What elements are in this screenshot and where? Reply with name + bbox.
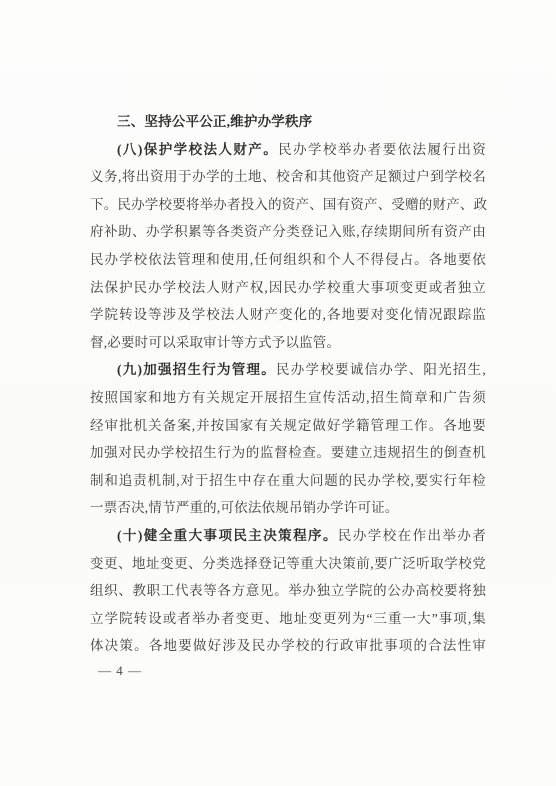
text-line: 下。民办学校要将举办者投入的资产、国有资产、受赠的财产、政 xyxy=(90,191,486,219)
paragraph-lead-bold: (九)加强招生行为管理。 xyxy=(117,362,276,377)
text-line: 变更、地址变更、分类选择登记等重大决策前,要广泛听取学校党 xyxy=(90,550,486,578)
paragraph-text: 经审批机关备案,并按国家有关规定做好学籍管理工作。各地要 xyxy=(90,418,486,433)
text-line: 制和追责机制,对于招生中存在重大问题的民办学校,要实行年检 xyxy=(90,467,486,495)
paragraph-text: 体决策。各地要做好涉及民办学校的行政审批事项的合法性审 xyxy=(90,638,486,653)
paragraph-text: 组织、教职工代表等各方意见。举办独立学院的公办高校要将独 xyxy=(90,583,486,598)
paragraph-text: 义务,将出资用于办学的土地、校舍和其他资产足额过户到学校名 xyxy=(90,169,486,184)
paragraph-text: 民办学校在作出举办者 xyxy=(338,528,486,543)
paragraph-text: 制和追责机制,对于招生中存在重大问题的民办学校,要实行年检 xyxy=(90,473,486,488)
text-line: 学院转设等涉及学校法人财产变化的,各地要对变化情况跟踪监 xyxy=(90,301,486,329)
text-line: 体决策。各地要做好涉及民办学校的行政审批事项的合法性审 xyxy=(90,632,486,660)
paragraph-text: 民办学校要诚信办学、阳光招生, xyxy=(276,362,486,377)
paragraph-lead-bold: (十)健全重大事项民主决策程序。 xyxy=(117,528,338,543)
text-line: (十)健全重大事项民主决策程序。民办学校在作出举办者 xyxy=(90,522,486,550)
text-line: (八)保护学校法人财产。民办学校举办者要依法履行出资 xyxy=(90,136,486,164)
document-page: 三、坚持公平公正,维护办学秩序 (八)保护学校法人财产。民办学校举办者要依法履行… xyxy=(0,0,556,786)
paragraph-text: 督,必要时可以采取审计等方式予以监管。 xyxy=(90,335,340,350)
paragraph-text: 变更、地址变更、分类选择登记等重大决策前,要广泛听取学校党 xyxy=(90,556,486,571)
text-line: 义务,将出资用于办学的土地、校舍和其他资产足额过户到学校名 xyxy=(90,163,486,191)
paragraph-text: 一票否决,情节严重的,可依法依规吊销办学许可证。 xyxy=(90,500,399,515)
text-line: 组织、教职工代表等各方意见。举办独立学院的公办高校要将独 xyxy=(90,577,486,605)
text-line: (九)加强招生行为管理。民办学校要诚信办学、阳光招生, xyxy=(90,356,486,384)
text-line: 加强对民办学校招生行为的监督检查。要建立违规招生的倒查机 xyxy=(90,439,486,467)
section-heading: 三、坚持公平公正,维护办学秩序 xyxy=(90,108,486,136)
text-line: 按照国家和地方有关规定开展招生宣传活动,招生简章和广告须 xyxy=(90,384,486,412)
page-number: — 4 — xyxy=(90,657,486,685)
text-line: 民办学校依法管理和使用,任何组织和个人不得侵占。各地要依 xyxy=(90,246,486,274)
paragraph-text: 按照国家和地方有关规定开展招生宣传活动,招生简章和广告须 xyxy=(90,390,486,405)
paragraph-text: 立学院转设或者举办者变更、地址变更列为“三重一大”事项,集 xyxy=(90,611,486,626)
paragraph-text: 学院转设等涉及学校法人财产变化的,各地要对变化情况跟踪监 xyxy=(90,307,486,322)
text-line: 一票否决,情节严重的,可依法依规吊销办学许可证。 xyxy=(90,494,486,522)
text-line: 督,必要时可以采取审计等方式予以监管。 xyxy=(90,329,486,357)
text-line: 经审批机关备案,并按国家有关规定做好学籍管理工作。各地要 xyxy=(90,412,486,440)
paragraph-text: 法保护民办学校法人财产权,因民办学校重大事项变更或者独立 xyxy=(90,280,486,295)
paragraph-lead-bold: (八)保护学校法人财产。 xyxy=(117,142,278,157)
document-body: (八)保护学校法人财产。民办学校举办者要依法履行出资义务,将出资用于办学的土地、… xyxy=(90,136,486,660)
paragraph-text: 民办学校举办者要依法履行出资 xyxy=(278,142,486,157)
paragraph-text: 下。民办学校要将举办者投入的资产、国有资产、受赠的财产、政 xyxy=(90,197,487,212)
text-line: 立学院转设或者举办者变更、地址变更列为“三重一大”事项,集 xyxy=(90,605,486,633)
paragraph-text: 府补助、办学积累等各类资产分类登记入账,存续期间所有资产由 xyxy=(90,224,486,239)
paragraph-text: 加强对民办学校招生行为的监督检查。要建立违规招生的倒查机 xyxy=(90,445,486,460)
text-line: 府补助、办学积累等各类资产分类登记入账,存续期间所有资产由 xyxy=(90,218,486,246)
paragraph-text: 民办学校依法管理和使用,任何组织和个人不得侵占。各地要依 xyxy=(90,252,486,267)
text-line: 法保护民办学校法人财产权,因民办学校重大事项变更或者独立 xyxy=(90,274,486,302)
document-text-block: 三、坚持公平公正,维护办学秩序 (八)保护学校法人财产。民办学校举办者要依法履行… xyxy=(90,108,486,684)
